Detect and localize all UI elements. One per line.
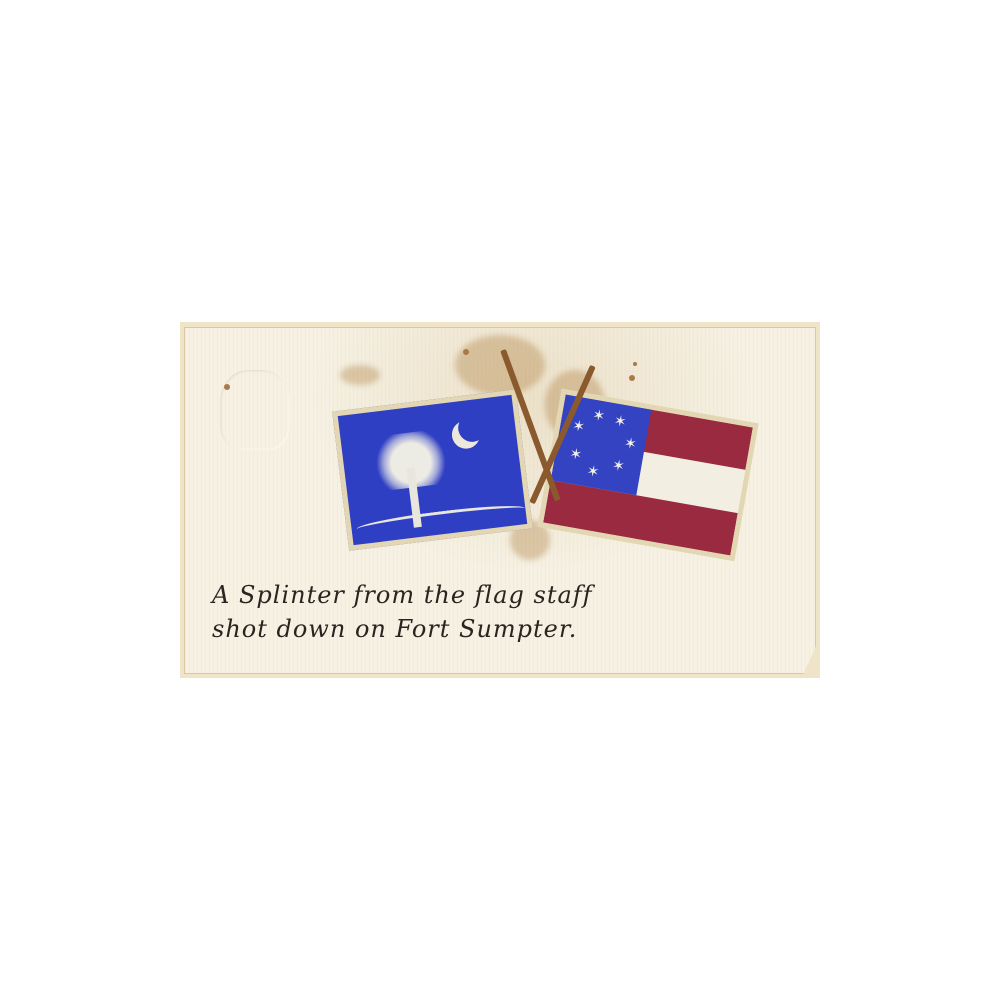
star-icon: ✶	[623, 435, 638, 452]
star-icon: ✶	[611, 458, 626, 475]
stain-dot	[224, 384, 230, 390]
ground-line	[356, 501, 527, 537]
stain-dot	[629, 375, 635, 381]
stain	[340, 365, 380, 385]
south-carolina-flag	[332, 389, 533, 551]
handwritten-inscription: A Splinter from the flag staff shot down…	[212, 578, 772, 646]
crescent-moon-icon	[457, 412, 488, 443]
star-icon: ✶	[613, 413, 628, 430]
inscription-line-2: shot down on Fort Sumpter.	[212, 612, 772, 646]
star-icon: ✶	[568, 446, 583, 463]
stain	[455, 335, 545, 395]
blue-canton: ✶ ✶ ✶ ✶ ✶ ✶ ✶	[551, 394, 652, 494]
star-icon: ✶	[571, 418, 586, 435]
stain-dot	[633, 362, 637, 366]
stain-dot	[463, 349, 469, 355]
star-icon: ✶	[591, 408, 606, 425]
star-icon: ✶	[585, 463, 600, 480]
embossed-seal	[220, 370, 290, 450]
inscription-line-1: A Splinter from the flag staff	[212, 581, 593, 609]
